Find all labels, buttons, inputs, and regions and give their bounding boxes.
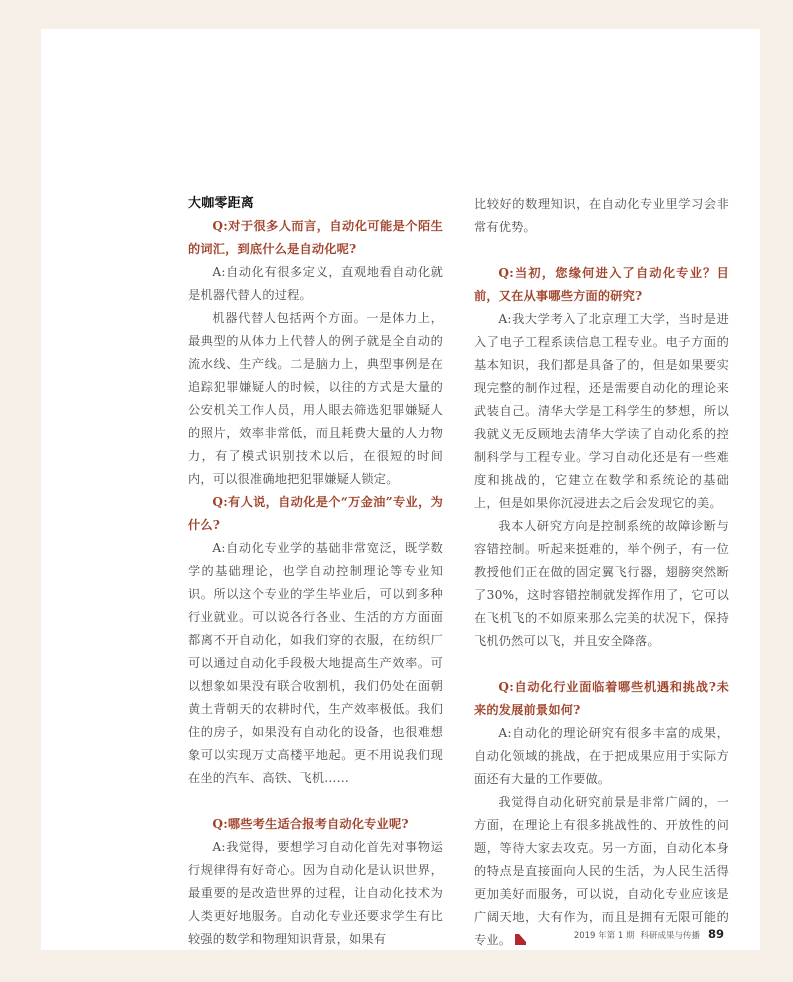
answer-3-continued: 比较好的数理知识，在自动化专业里学习会非常有优势。 xyxy=(474,193,729,239)
magazine-page: 大咖零距离 Q:对于很多人而言，自动化可能是个陌生的词汇，到底什么是自动化呢? … xyxy=(41,29,760,950)
left-column: 大咖零距离 Q:对于很多人而言，自动化可能是个陌生的词汇，到底什么是自动化呢? … xyxy=(188,193,443,951)
answer-2-paragraph-1: A:自动化专业学的基础非常宽泛，既学数学的基础理论，也学自动控制理论等专业知识。… xyxy=(188,537,443,790)
question-4: Q:当初，您缘何进入了自动化专业？目前，又在从事哪些方面的研究? xyxy=(474,262,729,308)
question-5: Q:自动化行业面临着哪些机遇和挑战?未来的发展前景如何? xyxy=(474,676,729,722)
section-title: 大咖零距离 xyxy=(188,193,443,215)
answer-1-paragraph-2: 机器代替人包括两个方面。一是体力上，最典型的从体力上代替人的例子就是全自动的流水… xyxy=(188,307,443,491)
question-3: Q:哪些考生适合报考自动化专业呢? xyxy=(188,813,443,836)
answer-4-paragraph-2: 我本人研究方向是控制系统的故障诊断与容错控制。听起来挺难的，举个例子，有一位教授… xyxy=(474,515,729,653)
answer-5-paragraph-1: A:自动化的理论研究有很多丰富的成果，自动化领域的挑战，在于把成果应用于实际方面… xyxy=(474,722,729,791)
footer-magazine: 科研成果与传播 xyxy=(640,929,700,941)
answer-1-paragraph-1: A:自动化有很多定义，直观地看自动化就是机器代替人的过程。 xyxy=(188,261,443,307)
right-column: 比较好的数理知识，在自动化专业里学习会非常有优势。 Q:当初，您缘何进入了自动化… xyxy=(474,193,729,952)
spacer xyxy=(188,790,443,813)
page-footer: 2019 年第 1 期 科研成果与传播 89 xyxy=(574,927,724,941)
page-number: 89 xyxy=(708,927,724,941)
spacer xyxy=(474,653,729,676)
answer-3-paragraph-1: A:我觉得，要想学习自动化首先对事物运行规律得有好奇心。因为自动化是认识世界，最… xyxy=(188,836,443,951)
answer-5-paragraph-2-text: 我觉得自动化研究前景是非常广阔的，一方面，在理论上有很多挑战性的、开放性的问题，… xyxy=(474,795,729,947)
question-2: Q:有人说，自动化是个“万金油”专业，为什么? xyxy=(188,491,443,537)
question-1: Q:对于很多人而言，自动化可能是个陌生的词汇，到底什么是自动化呢? xyxy=(188,215,443,261)
spacer xyxy=(474,239,729,262)
answer-4-paragraph-1: A:我大学考入了北京理工大学，当时是进入了电子工程系读信息工程专业。电子方面的基… xyxy=(474,308,729,515)
end-mark-icon xyxy=(515,934,526,945)
footer-issue: 2019 年第 1 期 xyxy=(574,929,635,941)
